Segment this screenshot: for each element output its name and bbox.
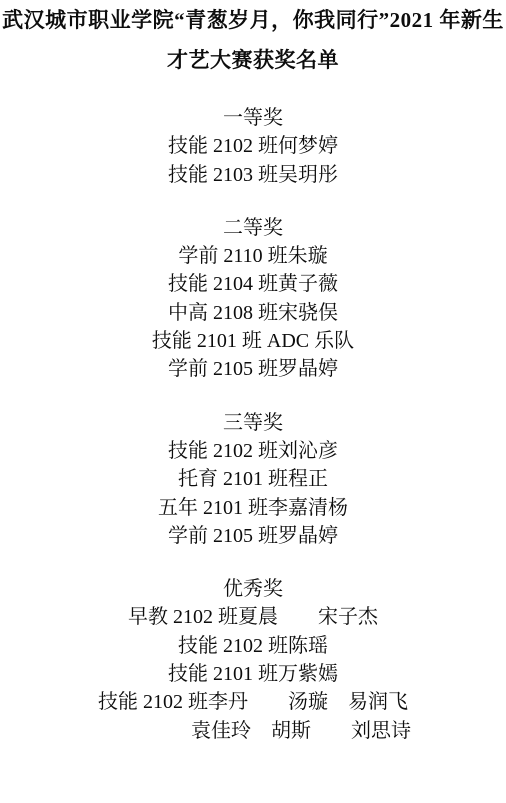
award-tier-heading: 优秀奖 (0, 575, 506, 603)
document-title-line-2: 才艺大赛获奖名单 (0, 40, 506, 80)
document-title: 武汉城市职业学院“青葱岁月，你我同行”2021 年新生 才艺大赛获奖名单 (0, 0, 506, 80)
award-sections: 一等奖 技能 2102 班何梦婷 技能 2103 班吴玥彤 二等奖 学前 211… (0, 104, 506, 745)
winner-line: 学前 2105 班罗晶婷 (0, 355, 506, 383)
award-section-second-prize: 二等奖 学前 2110 班朱璇 技能 2104 班黄子薇 中高 2108 班宋骁… (0, 214, 506, 384)
winner-line: 技能 2102 班何梦婷 (0, 132, 506, 160)
award-section-excellence-award: 优秀奖 早教 2102 班夏晨 宋子杰 技能 2102 班陈瑶 技能 2101 … (0, 575, 506, 745)
winner-line: 五年 2101 班李嘉清杨 (0, 494, 506, 522)
winner-line: 技能 2102 班刘沁彦 (0, 437, 506, 465)
winner-line: 技能 2102 班陈瑶 (0, 632, 506, 660)
winner-line: 技能 2101 班万紫嫣 (0, 660, 506, 688)
winner-line-continuation: 袁佳玲 胡斯 刘思诗 (96, 717, 506, 745)
document-title-line-1: 武汉城市职业学院“青葱岁月，你我同行”2021 年新生 (0, 0, 506, 40)
winner-line: 技能 2101 班 ADC 乐队 (0, 327, 506, 355)
award-tier-heading: 二等奖 (0, 214, 506, 242)
award-section-first-prize: 一等奖 技能 2102 班何梦婷 技能 2103 班吴玥彤 (0, 104, 506, 189)
award-section-third-prize: 三等奖 技能 2102 班刘沁彦 托育 2101 班程正 五年 2101 班李嘉… (0, 409, 506, 550)
winner-line: 学前 2110 班朱璇 (0, 242, 506, 270)
winner-line: 学前 2105 班罗晶婷 (0, 522, 506, 550)
winner-line: 早教 2102 班夏晨 宋子杰 (0, 603, 506, 631)
winner-line: 技能 2103 班吴玥彤 (0, 161, 506, 189)
winner-line: 中高 2108 班宋骁俣 (0, 299, 506, 327)
winner-line: 技能 2104 班黄子薇 (0, 270, 506, 298)
award-tier-heading: 一等奖 (0, 104, 506, 132)
winner-line: 托育 2101 班程正 (0, 465, 506, 493)
winner-line: 技能 2102 班李丹 汤璇 易润飞 (0, 688, 506, 716)
award-tier-heading: 三等奖 (0, 409, 506, 437)
award-document: 武汉城市职业学院“青葱岁月，你我同行”2021 年新生 才艺大赛获奖名单 一等奖… (0, 0, 506, 803)
